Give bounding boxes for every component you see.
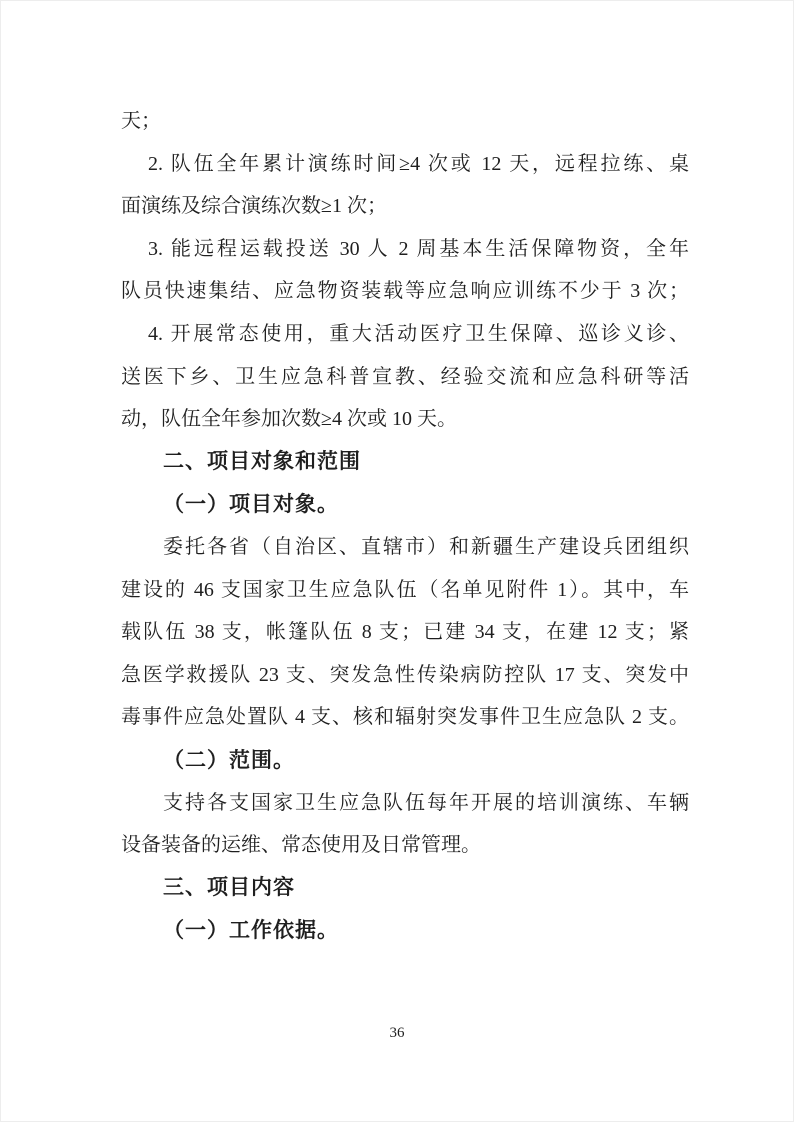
- text-line: 天；: [121, 100, 689, 143]
- text-line: 支持各支国家卫生应急队伍每年开展的培训演练、车辆: [121, 782, 689, 825]
- text-line: （一）工作依据。: [121, 909, 689, 952]
- text-line: 队员快速集结、应急物资装载等应急响应训练不少于 3 次；: [121, 270, 689, 313]
- text-line: 急医学救援队 23 支、突发急性传染病防控队 17 支、突发中: [121, 654, 689, 697]
- text-line: （一）项目对象。: [121, 483, 689, 526]
- text-line: 毒事件应急处置队 4 支、核和辐射突发事件卫生应急队 2 支。: [121, 696, 689, 739]
- page-number: 36: [1, 1023, 793, 1043]
- text-line: （二）范围。: [121, 739, 689, 782]
- text-line: 委托各省（自治区、直辖市）和新疆生产建设兵团组织: [121, 526, 689, 569]
- text-line: 建设的 46 支国家卫生应急队伍（名单见附件 1）。其中，车: [121, 569, 689, 612]
- text-line: 设备装备的运维、常态使用及日常管理。: [121, 824, 689, 867]
- document-body: 天；2. 队伍全年累计演练时间≥4 次或 12 天，远程拉练、桌面演练及综合演练…: [121, 100, 689, 952]
- text-line: 面演练及综合演练次数≥1 次；: [121, 185, 689, 228]
- text-line: 载队伍 38 支，帐篷队伍 8 支；已建 34 支，在建 12 支；紧: [121, 611, 689, 654]
- text-line: 动，队伍全年参加次数≥4 次或 10 天。: [121, 398, 689, 441]
- text-line: 送医下乡、卫生应急科普宣教、经验交流和应急科研等活: [121, 356, 689, 399]
- text-line: 3. 能远程运载投送 30 人 2 周基本生活保障物资，全年: [121, 228, 689, 271]
- text-line: 2. 队伍全年累计演练时间≥4 次或 12 天，远程拉练、桌: [121, 143, 689, 186]
- document-page: 天；2. 队伍全年累计演练时间≥4 次或 12 天，远程拉练、桌面演练及综合演练…: [0, 0, 794, 1122]
- text-line: 4. 开展常态使用，重大活动医疗卫生保障、巡诊义诊、: [121, 313, 689, 356]
- text-line: 二、项目对象和范围: [121, 441, 689, 484]
- text-line: 三、项目内容: [121, 867, 689, 910]
